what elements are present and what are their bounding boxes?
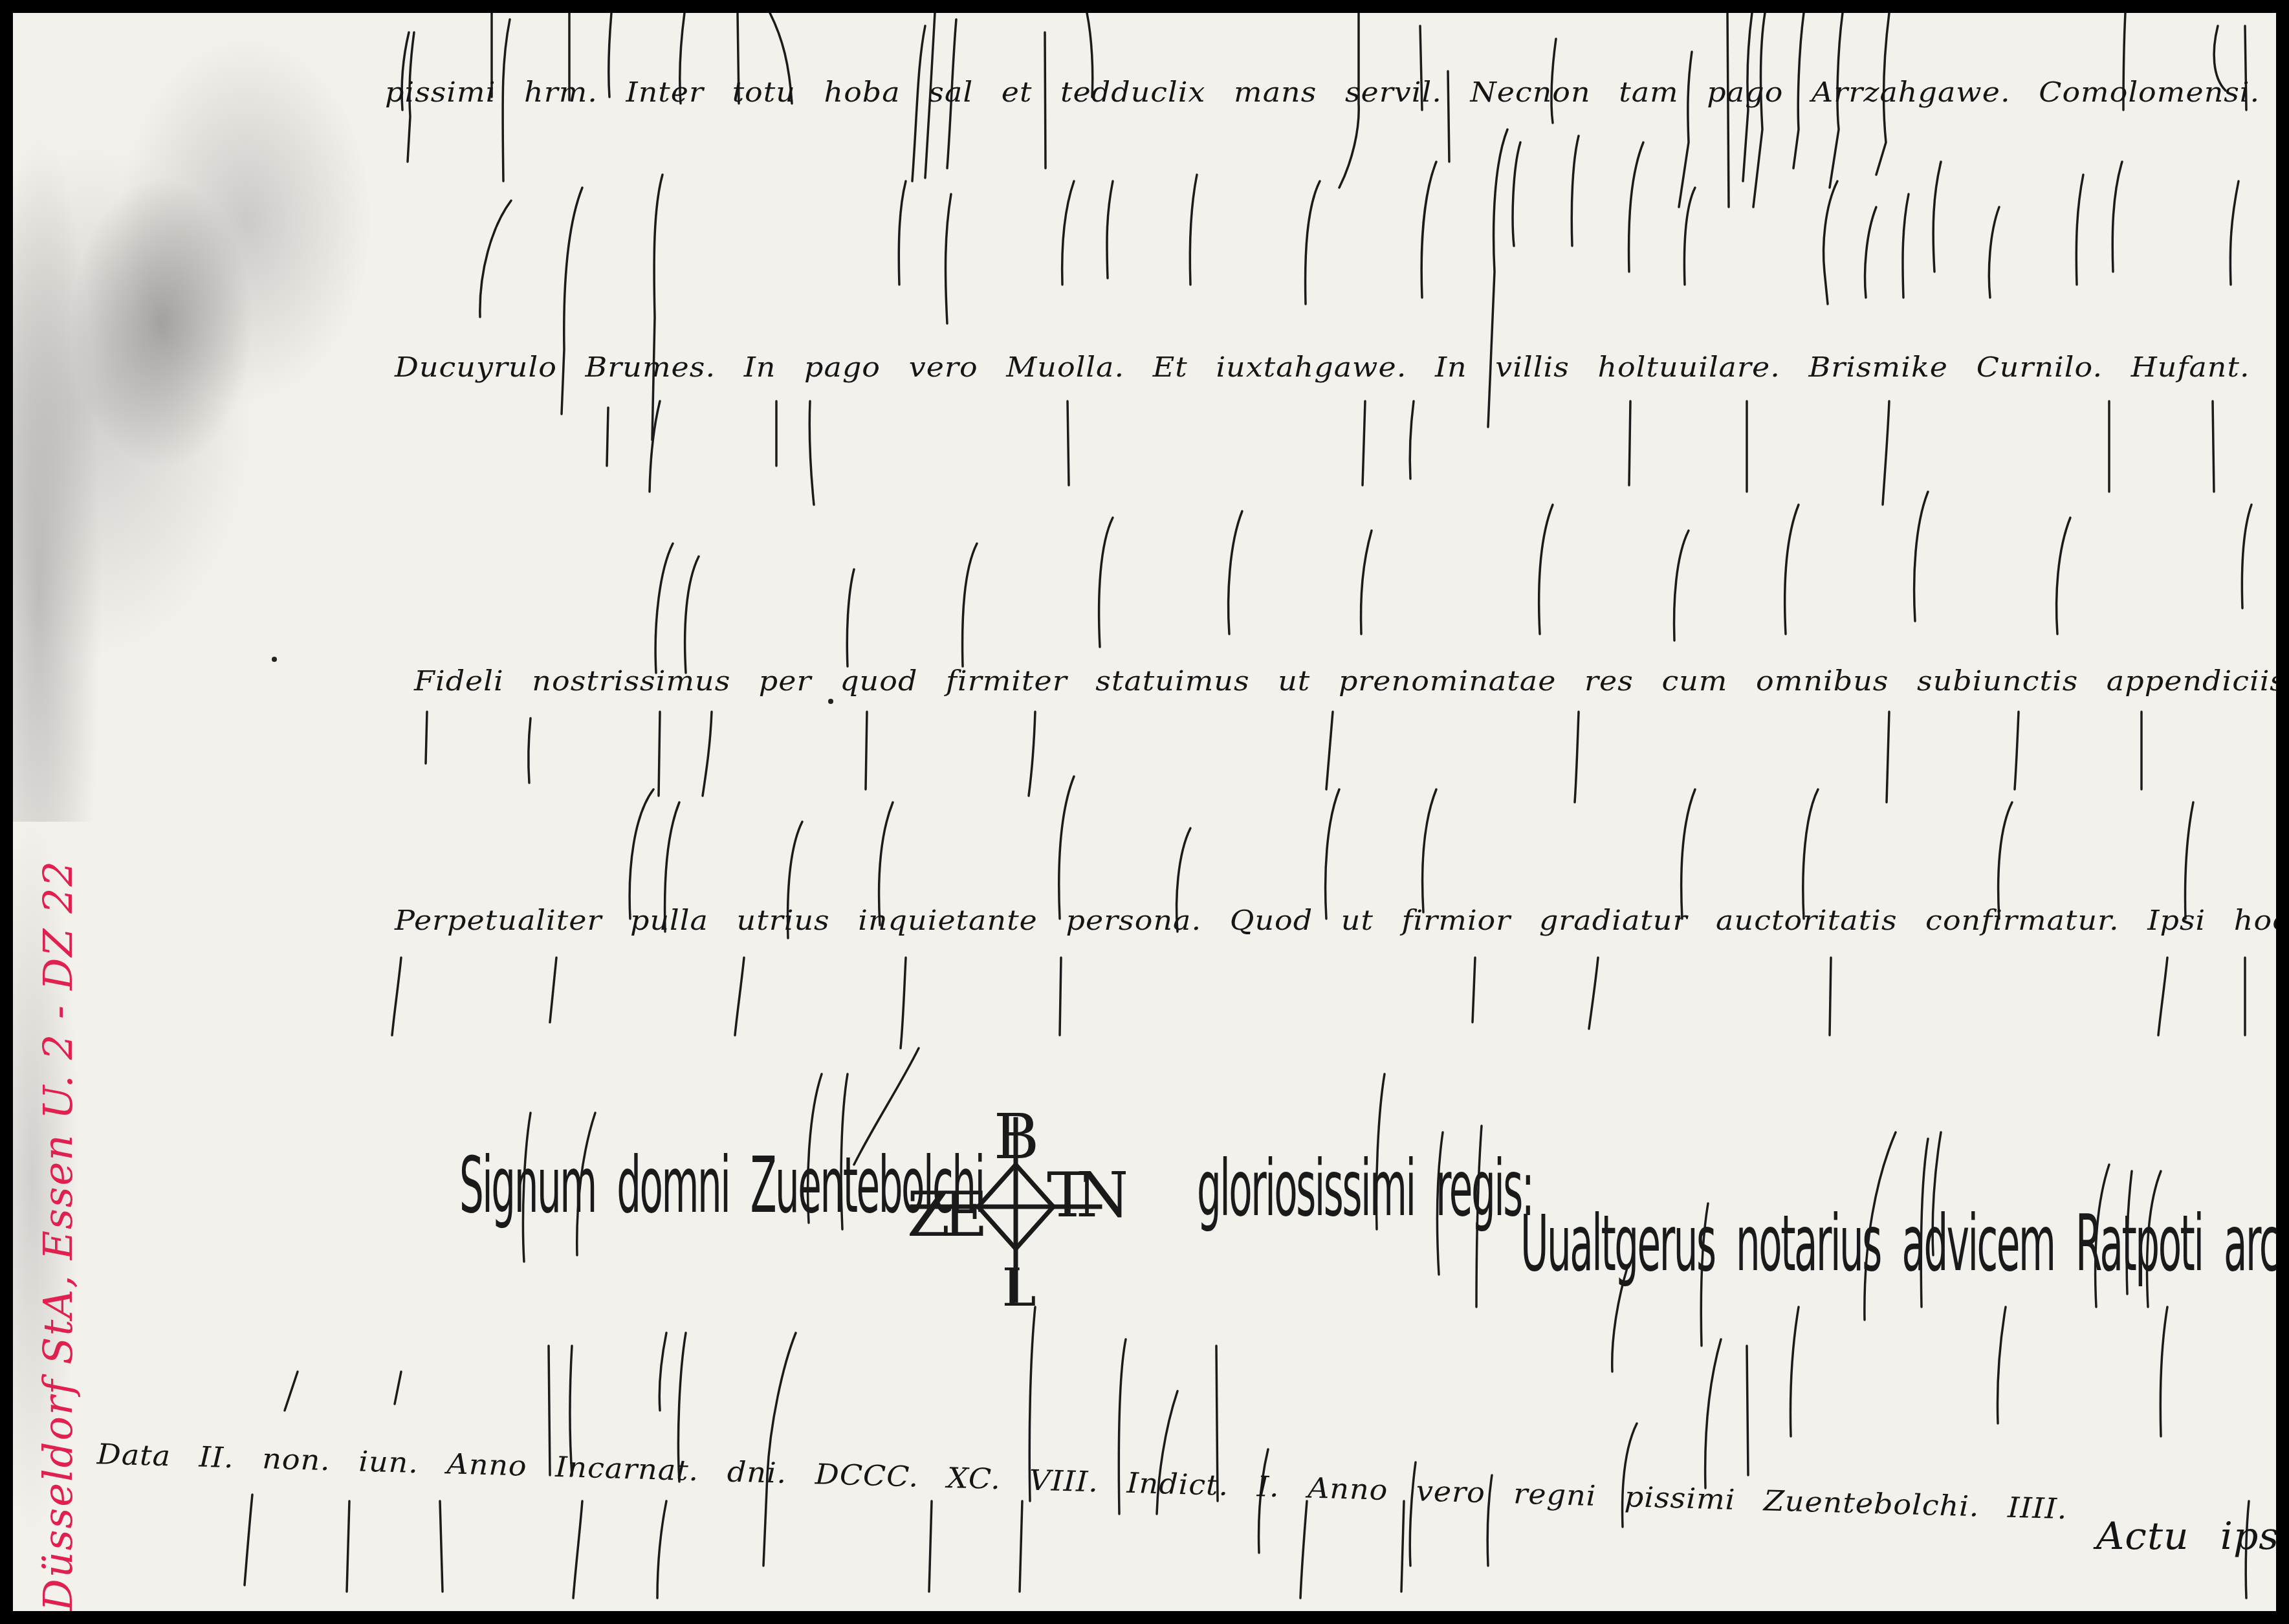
- archive-annotation: Düsseldorf StA, Essen U. 2 - DZ 22: [32, 860, 84, 1611]
- dating-line: Data II. non. iun. Anno Incarnat. dni. D…: [96, 1437, 2068, 1525]
- recognition-text: Uualtgerus notarius advicem Ratpoti arch…: [1520, 1198, 2276, 1289]
- text-line-1: pissimi hrm. Inter totu hoba sal et tedd…: [385, 75, 2276, 108]
- actum-text: Actu ipso: [2096, 1515, 2276, 1559]
- text-line-4: Perpetualiter pulla utrius inquietante p…: [395, 903, 2276, 936]
- monogram-letter-n: N: [1076, 1159, 1126, 1231]
- text-line-2: Ducuyrulo Brumes. In pago vero Muolla. E…: [395, 350, 2276, 383]
- monogram-letter-l: L: [1002, 1258, 1036, 1307]
- parchment-page: Düsseldorf StA, Essen U. 2 - DZ 22 pissi…: [13, 13, 2276, 1611]
- monogram-cross-icon: B Z E T N L: [880, 1093, 1126, 1307]
- text-line-3: Fideli nostrissimus per quod firmiter st…: [414, 664, 2276, 697]
- ink-dot: [272, 657, 277, 662]
- ink-dot: [828, 699, 833, 704]
- ascender-strokes: [13, 13, 2276, 1611]
- stain-left: [13, 13, 427, 822]
- monogram-letter-b: B: [994, 1101, 1040, 1173]
- monogram-letter-e: E: [943, 1178, 988, 1251]
- royal-monogram: B Z E T N L: [880, 1093, 1126, 1307]
- signum-regis-text: gloriosissimi regis:: [1197, 1143, 1533, 1234]
